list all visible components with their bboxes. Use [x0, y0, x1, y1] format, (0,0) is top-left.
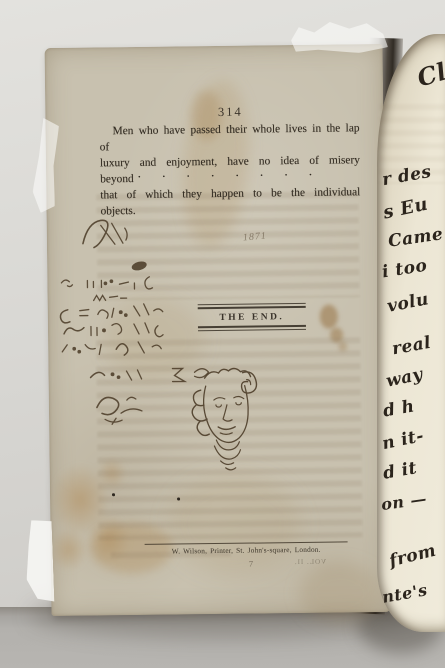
handwriting-fragment: i too [381, 256, 429, 283]
signature-mark: 7 [249, 559, 253, 569]
handwriting-fragment: nte's [381, 580, 429, 607]
handwriting-fragment: n it- [380, 426, 425, 454]
tissue-guard [291, 20, 388, 53]
handwriting-fragment: Came [387, 224, 445, 252]
tissue-tab [25, 520, 55, 603]
page-number: 314 [185, 104, 275, 120]
handwriting-fragment: Cly [414, 53, 445, 93]
handwriting-fragment: way [384, 364, 424, 391]
printed-book-page: 314 Men who have passed their whole live… [45, 44, 390, 616]
handwriting-fragment: s Eu [381, 194, 430, 224]
ink-speck [112, 493, 115, 496]
pencil-year-annotation: 1871 [242, 231, 267, 244]
handwriting-fragment: volu [385, 289, 430, 317]
paragraph-line: Men who have passed their whole lives in… [99, 121, 359, 156]
paragraph-line: that of which they happen to be the indi… [100, 185, 360, 220]
ink-speck [177, 497, 180, 500]
handwriting-fragment: from [387, 541, 438, 572]
face-doodle-sketch [188, 363, 265, 476]
handwriting-fragment: d h [382, 396, 417, 421]
handwriting-fragment: real [391, 333, 433, 360]
manuscript-page: Cly r des s Eu Came i too volu real way … [377, 34, 445, 632]
stain [320, 305, 338, 329]
handwriting-fragment: d it [382, 458, 419, 484]
photograph-of-open-book: 314 Men who have passed their whole live… [0, 0, 445, 668]
printer-imprint: W. Wilson, Printer, St. John's-square, L… [145, 544, 348, 555]
handwriting-fragment: on — [380, 489, 428, 514]
showthrough-volume-label: VOL. II. [294, 558, 326, 566]
